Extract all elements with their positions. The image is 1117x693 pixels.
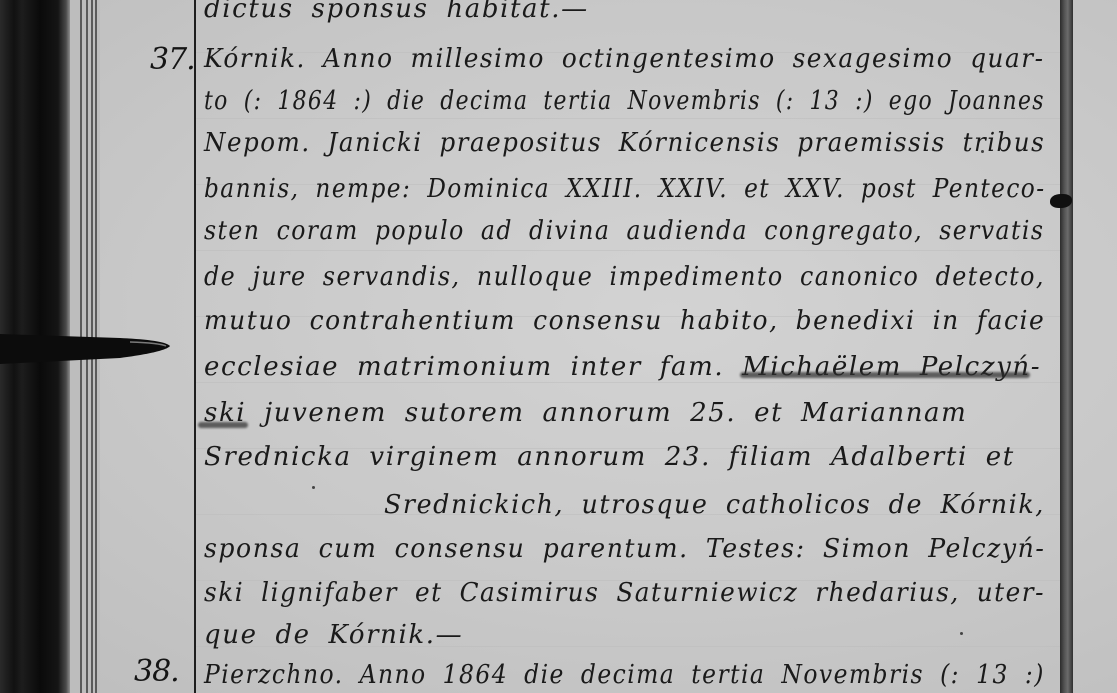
right-column-rule <box>1060 0 1073 693</box>
ruling-line <box>196 118 1060 119</box>
entry-line: sponsa cum consensu parentum. Testes: Si… <box>204 534 1045 564</box>
entry-line: ski lignifaber et Casimirus Saturniewicz… <box>204 578 1045 608</box>
entry-line: Nepom. Janicki praepositus Kórnicensis p… <box>204 128 1045 158</box>
ruling-line <box>196 250 1060 251</box>
paper-speck <box>312 486 315 489</box>
pen-tip-icon <box>0 330 172 366</box>
ink-blot <box>1050 194 1072 208</box>
entry-line: mutuo contrahentium consensu habito, ben… <box>204 306 1045 336</box>
entry-number: 37. <box>150 42 195 77</box>
entry-number: 38. <box>134 654 179 689</box>
entry-line: Pierzchno. Anno 1864 die decima tertia N… <box>204 660 1045 690</box>
paper-speck <box>960 632 963 635</box>
manuscript-page: dictus sponsus habitat.— 37. Kórnik. Ann… <box>0 0 1117 693</box>
continuation-line: dictus sponsus habitat.— <box>204 0 589 24</box>
ruling-line <box>196 382 1060 383</box>
margin-rule <box>194 0 196 693</box>
entry-line: Kórnik. Anno millesimo octingentesimo se… <box>204 44 1044 74</box>
paper-speck <box>981 150 984 153</box>
entry-line: to (: 1864 :) die decima tertia Novembri… <box>204 86 1045 116</box>
entry-line: Srednickich, utrosque catholicos de Kórn… <box>384 490 1045 520</box>
entry-line: que de Kórnik.— <box>204 620 463 650</box>
entry-line: de jure servandis, nulloque impedimento … <box>204 262 1045 292</box>
entry-line: bannis, nempe: Dominica XXIII. XXIV. et … <box>204 174 1045 204</box>
entry-line: ski juvenem sutorem annorum 25. et Maria… <box>204 398 967 428</box>
entry-line: sten coram populo ad divina audienda con… <box>204 216 1044 246</box>
groom-name-underline <box>740 372 1030 378</box>
groom-name-underline <box>198 422 248 428</box>
entry-line: Srednicka virginem annorum 23. filiam Ad… <box>204 442 1015 472</box>
